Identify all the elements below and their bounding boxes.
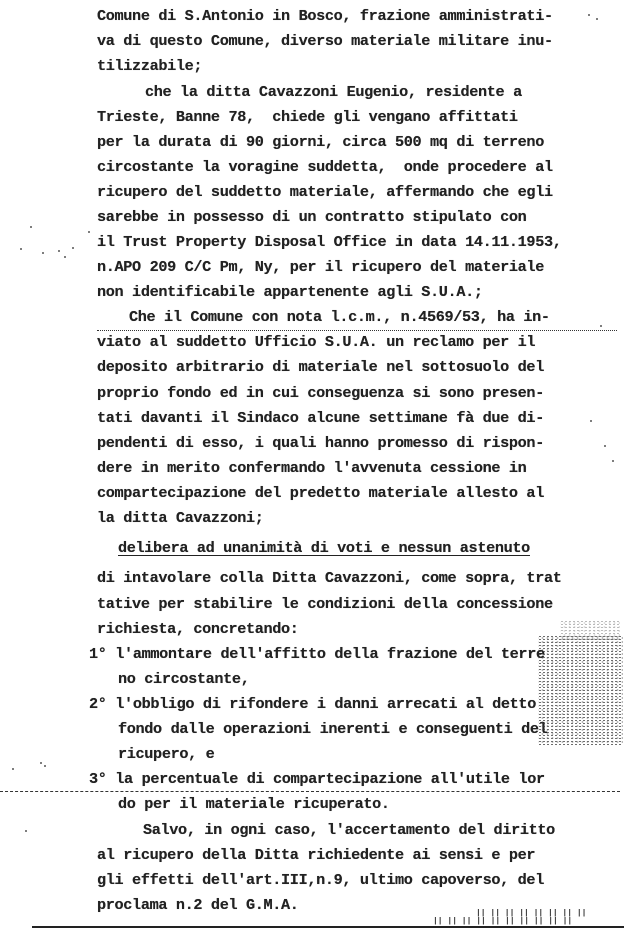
doc-line: per la durata di 90 giorni, circa 500 mq… [97,132,544,152]
doc-line: richiesta, concretando: [97,619,299,639]
doc-line: Comune di S.Antonio in Bosco, frazione a… [97,6,553,26]
doc-line: deposito arbitrario di materiale nel sot… [97,357,544,377]
doc-line: Trieste, Banne 78, chiede gli vengano af… [97,107,518,127]
scan-dot [20,248,22,250]
scan-dot [12,768,14,770]
doc-line: no circostante, [118,669,249,689]
scan-dot [72,247,74,249]
doc-line: circostante la voragine suddetta, onde p… [97,157,553,177]
scan-dot [600,325,602,327]
doc-line: pendenti di esso, i quali hanno promesso… [97,433,544,453]
doc-line: non identificabile appartenente agli S.U… [97,282,483,302]
doc-line: di intavolare colla Ditta Cavazzoni, com… [97,568,562,588]
list-item-1: 1° l'ammontare dell'affitto della frazio… [89,644,545,664]
doc-line: ricupero, e [118,744,214,764]
list-item-2: 2° l'obbligo di rifondere i danni arreca… [89,694,536,714]
typewritten-document-page: Comune di S.Antonio in Bosco, frazione a… [0,0,627,950]
scan-dot [42,252,44,254]
resolution-heading: delibera ad unanimità di voti e nessun a… [118,538,530,558]
doc-line: ricupero del suddetto materiale, afferma… [97,182,553,202]
doc-line: al ricupero della Ditta richiedente ai s… [97,845,535,865]
doc-line: che la ditta Cavazzoni Eugenio, resident… [145,82,522,102]
scan-dot [40,762,42,764]
scan-dot [590,420,592,422]
doc-line: Salvo, in ogni caso, l'accertamento del … [143,820,555,840]
doc-line: n.APO 209 C/C Pm, Ny, per il ricupero de… [97,257,544,277]
doc-line: fondo dalle operazioni inerenti e conseg… [118,719,547,739]
scan-dot [30,226,32,228]
scan-dot [25,830,27,832]
scan-dot [588,14,590,16]
scan-dot [58,250,60,252]
doc-line: viato al suddetto Ufficio S.U.A. un recl… [97,332,535,352]
doc-line: la ditta Cavazzoni; [97,508,264,528]
list-item-3: 3° la percentuale di compartecipazione a… [89,769,545,789]
scan-dot [44,765,46,767]
doc-line: Che il Comune con nota l.c.m., n.4569/53… [129,307,550,327]
doc-line: viato al suddetto Ufficio S.U.A. un recl… [97,333,535,351]
doc-line: gli effetti dell'art.III,n.9, ultimo cap… [97,870,544,890]
doc-line: tilizzabile; [97,56,202,76]
doc-line: tative per stabilire le condizioni della… [97,594,553,614]
tick-marks: || || || || || || || || || || [433,918,572,926]
doc-line: va di questo Comune, diverso materiale m… [97,31,553,51]
dashed-separator [0,791,620,792]
scan-dot [612,460,614,462]
scan-dot [64,256,66,258]
doc-line: dere in merito confermando l'avvenuta ce… [97,458,526,478]
doc-line: do per il materiale ricuperato. [118,794,390,814]
scan-dot [596,18,598,20]
bottom-rule [32,926,624,928]
scan-dot [88,231,90,233]
doc-line: sarebbe in possesso di un contratto stip… [97,207,526,227]
scan-noise [560,620,620,640]
doc-line: proprio fondo ed in cui conseguenza si s… [97,383,544,403]
doc-line: tati davanti il Sindaco alcune settimane… [97,408,544,428]
doc-line: compartecipazione del predetto materiale… [97,483,544,503]
doc-line: il Trust Property Disposal Office in dat… [97,232,562,252]
scan-dot [604,445,606,447]
dotted-separator [97,330,617,331]
doc-line: proclama n.2 del G.M.A. [97,895,299,915]
scan-noise [538,635,623,745]
